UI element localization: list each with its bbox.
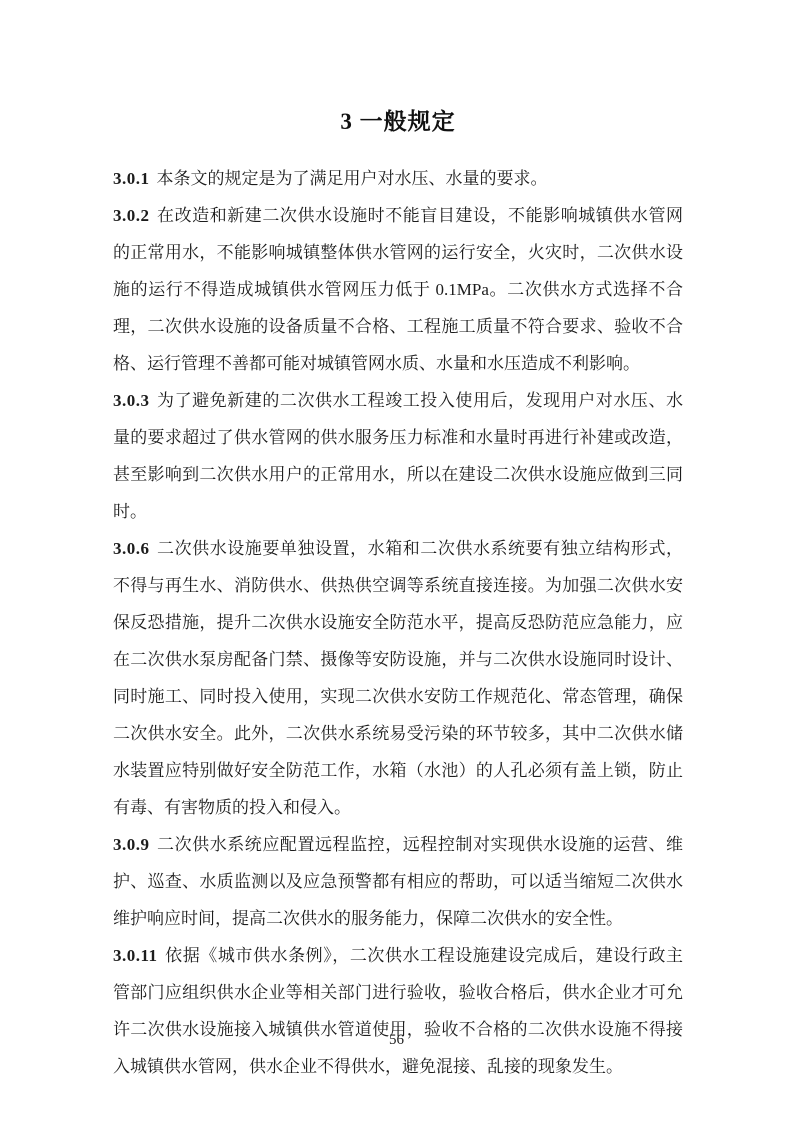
paragraph-3-0-11: 3.0.11依据《城市供水条例》，二次供水工程设施建设完成后，建设行政主管部门应… [113,937,683,1085]
page-content: 3 一般规定 3.0.1本条文的规定是为了满足用户对水压、水量的要求。 3.0.… [113,103,683,1085]
clause-number: 3.0.11 [113,946,158,965]
paragraph-3-0-1: 3.0.1本条文的规定是为了满足用户对水压、水量的要求。 [113,160,683,197]
clause-text: 为了避免新建的二次供水工程竣工投入使用后，发现用户对水压、水量的要求超过了供水管… [113,391,683,521]
clause-text: 在改造和新建二次供水设施时不能盲目建设，不能影响城镇供水管网的正常用水，不能影响… [113,206,683,373]
paragraph-3-0-9: 3.0.9二次供水系统应配置远程监控，远程控制对实现供水设施的运营、维护、巡查、… [113,826,683,937]
clause-text: 二次供水设施要单独设置，水箱和二次供水系统要有独立结构形式，不得与再生水、消防供… [113,539,683,817]
paragraph-3-0-3: 3.0.3为了避免新建的二次供水工程竣工投入使用后，发现用户对水压、水量的要求超… [113,382,683,530]
paragraph-3-0-6: 3.0.6二次供水设施要单独设置，水箱和二次供水系统要有独立结构形式，不得与再生… [113,530,683,826]
paragraph-3-0-2: 3.0.2在改造和新建二次供水设施时不能盲目建设，不能影响城镇供水管网的正常用水… [113,197,683,382]
page-title: 3 一般规定 [113,103,683,136]
clause-number: 3.0.9 [113,835,150,854]
clause-number: 3.0.1 [113,169,150,188]
page-number: 56 [0,1032,793,1049]
document-page: 3 一般规定 3.0.1本条文的规定是为了满足用户对水压、水量的要求。 3.0.… [0,0,793,1122]
clause-text: 依据《城市供水条例》，二次供水工程设施建设完成后，建设行政主管部门应组织供水企业… [113,946,683,1076]
clause-number: 3.0.2 [113,206,150,225]
clause-text: 二次供水系统应配置远程监控，远程控制对实现供水设施的运营、维护、巡查、水质监测以… [113,835,683,928]
clause-text: 本条文的规定是为了满足用户对水压、水量的要求。 [157,169,548,188]
clause-number: 3.0.3 [113,391,150,410]
clause-number: 3.0.6 [113,539,150,558]
